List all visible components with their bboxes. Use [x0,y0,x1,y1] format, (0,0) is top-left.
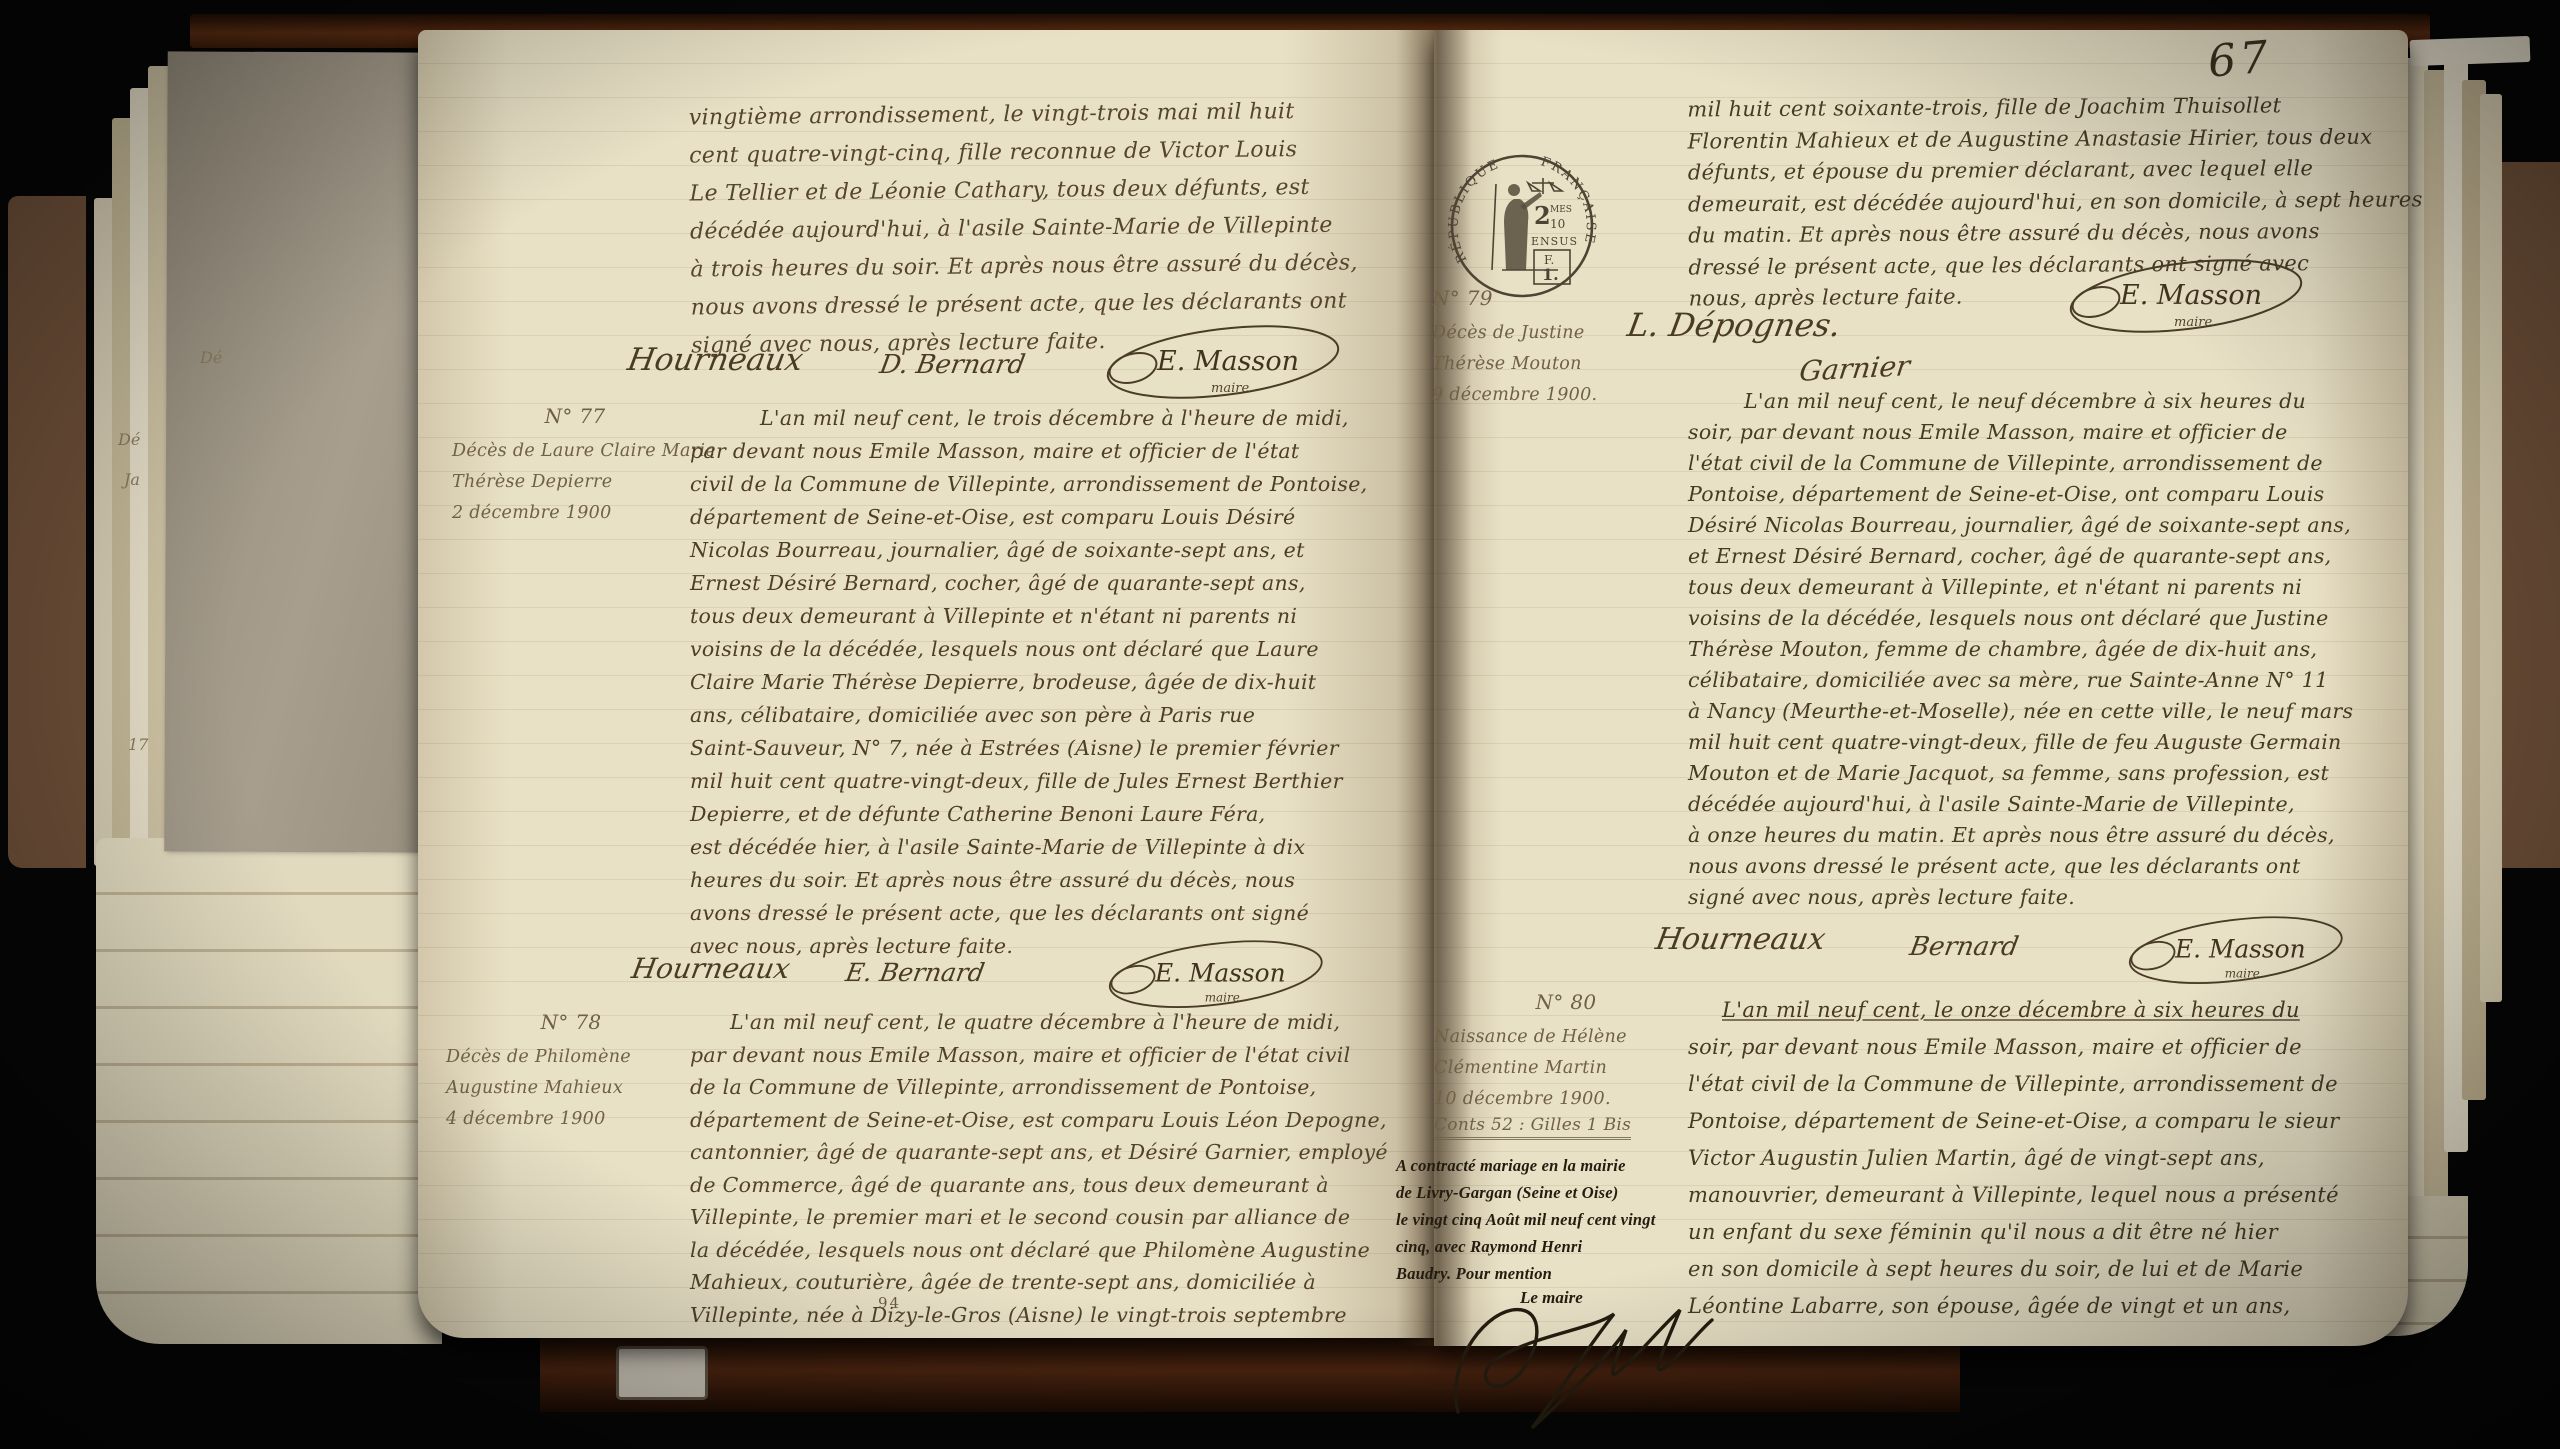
act-79-text: L'an mil neuf cent, le neuf décembre à s… [1688,386,2398,913]
margin-note-act-77: N° 77 Décès de Laure Claire MarieThérèse… [452,404,698,529]
act-number: N° 78 [446,1010,696,1034]
signature-declarant-2: D. Bernard [877,350,1027,380]
mayor-signature-flourish: E. Masson maire [2118,908,2348,996]
mayor-signature-flourish: E. Masson maire [2058,250,2308,346]
svg-text:E. Masson: E. Masson [1154,959,1286,988]
svg-text:E. Masson: E. Masson [1156,346,1299,377]
register-photo: Dé Dé Ja 17 vingtième arrondissement, le… [0,0,2560,1449]
control-annotation: Conts 52 : Gilles 1 Bis [1434,1115,1631,1140]
page-number: 94 [878,1294,901,1312]
marbled-cover-right [2496,162,2560,868]
act-number: N° 80 [1434,990,1698,1014]
margin-note-act-79: N° 79 Décès de JustineThérèse Mouton9 dé… [1432,286,1668,411]
marriage-mention-annotation: A contracté mariage en la mairiede Livry… [1396,1152,1702,1287]
svg-text:MES: MES [1550,205,1572,215]
margin-note-lines: Naissance de HélèneClémentine Martin10 d… [1434,1022,1698,1115]
gray-blotter-sheet [164,51,429,852]
signature-declarant-1: Hourneaux [625,342,806,378]
svg-text:ENSUS: ENSUS [1531,235,1578,248]
svg-text:maire: maire [1211,381,1249,396]
page-edge-top-right [2410,36,2531,66]
page-edge [2480,94,2502,1002]
edge-text-fragment: 17 [128,735,148,754]
svg-text:10: 10 [1550,217,1565,231]
act-78-text: L'an mil neuf cent, le quatre décembre à… [690,1006,1350,1331]
book-clasp [616,1346,708,1400]
svg-text:1.: 1. [1542,265,1559,284]
margin-note-act-78: N° 78 Décès de PhilomèneAugustine Mahieu… [446,1010,696,1135]
margin-note-lines: Décès de Laure Claire MarieThérèse Depie… [452,436,698,529]
margin-note-lines: Décès de JustineThérèse Mouton9 décembre… [1432,318,1668,411]
signature-declarant-1: Hourneaux [1653,922,1828,957]
edge-text-fragment: Dé [118,430,140,449]
marbled-cover-left [8,196,86,868]
svg-text:maire: maire [2174,315,2212,330]
act-80-text: L'an mil neuf cent, le onze décembre à s… [1688,992,2398,1325]
signature-declarant-1: Hourneaux [629,952,793,985]
svg-text:E. Masson: E. Masson [2119,280,2262,311]
svg-text:maire: maire [2225,967,2260,981]
act-77-text: L'an mil neuf cent, le trois décembre à … [690,402,1350,963]
edge-text-fragment: Dé [200,348,222,367]
act-number: N° 79 [1432,286,1668,310]
mayor-signature-flourish: E. Masson maire [1095,316,1345,412]
wood-table-bottom [540,1336,1960,1412]
margin-note-act-80: N° 80 Naissance de HélèneClémentine Mart… [1434,990,1698,1140]
svg-text:maire: maire [1205,991,1240,1005]
signature-declarant-2: E. Bernard [843,958,986,987]
signature-declarant-2: Bernard [1907,932,2021,962]
svg-text:2: 2 [1534,201,1551,230]
signature-declarant-2: Garnier [1798,349,1912,388]
edge-text-fragment: Ja [124,470,140,489]
act-number: N° 77 [452,404,698,428]
svg-text:E. Masson: E. Masson [2174,935,2306,964]
margin-note-lines: Décès de PhilomèneAugustine Mahieux4 déc… [446,1042,696,1135]
page-stack-bottom-left [96,838,442,1344]
republique-francaise-stamp: RÉPUBLIQUE FRANÇAISE 2 MES 10 ENSUS F. 1… [1446,150,1598,306]
folio-number: 67 [2206,31,2274,87]
